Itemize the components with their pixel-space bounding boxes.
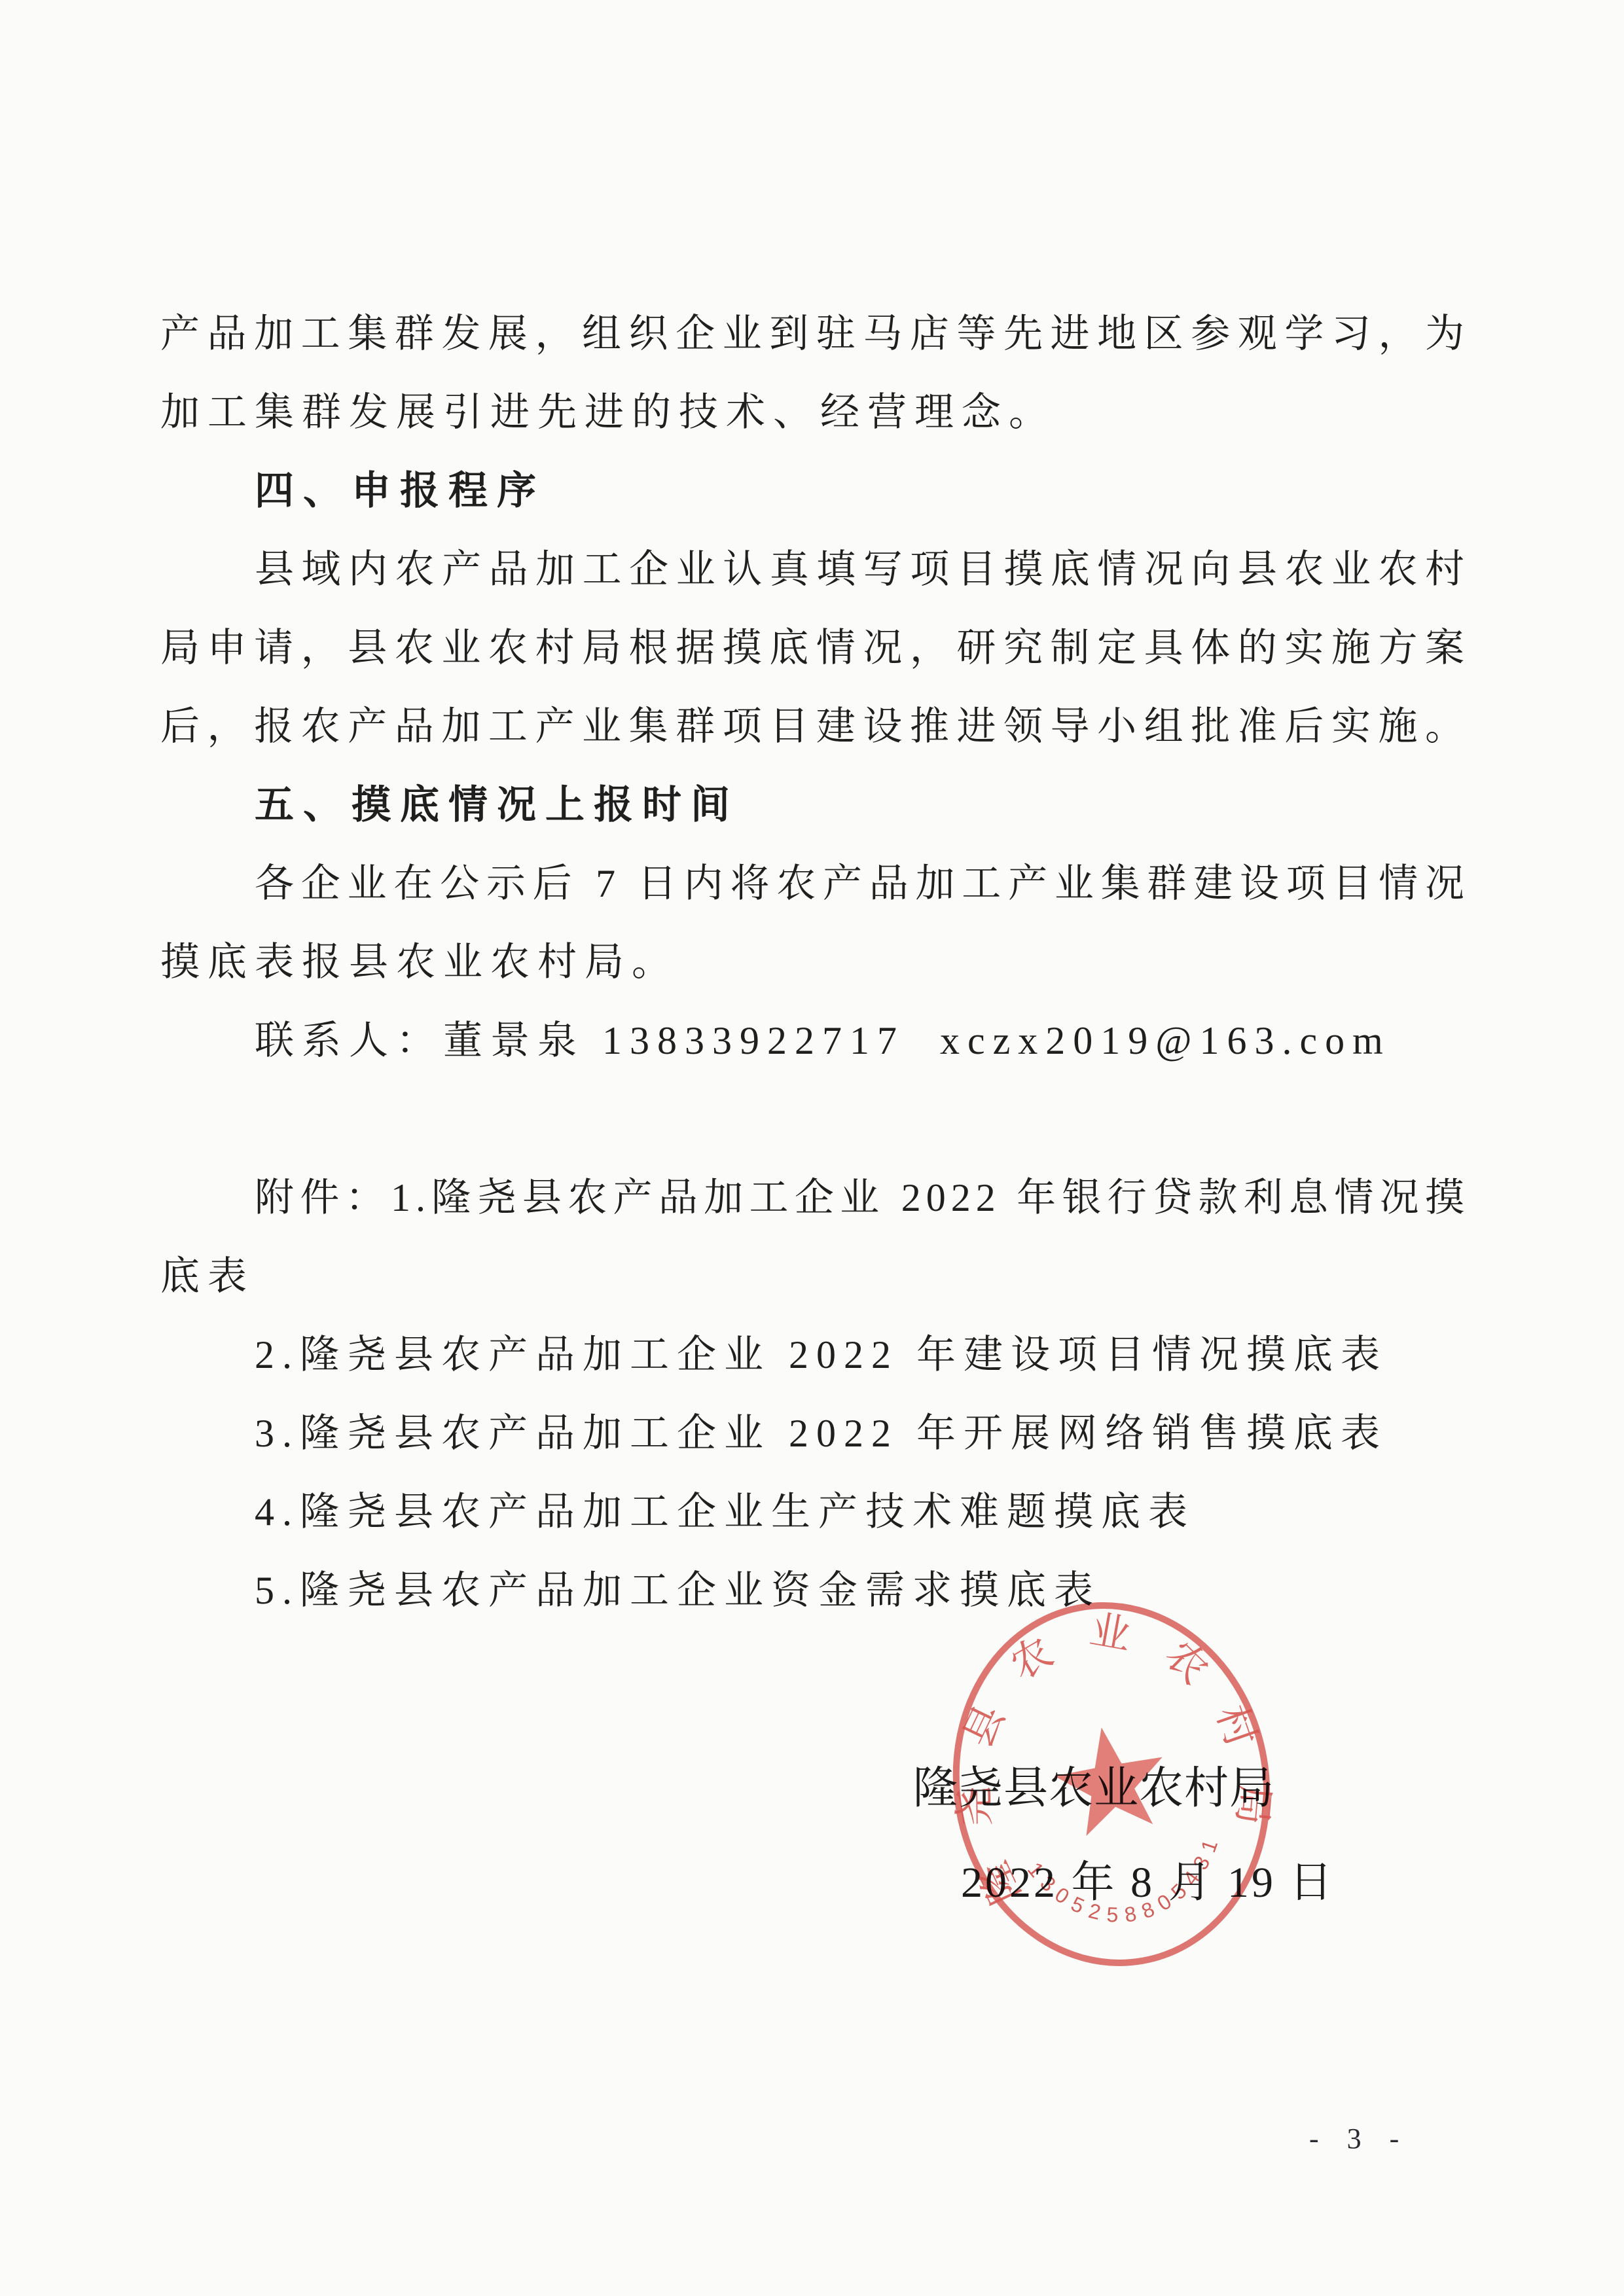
document-line xyxy=(160,1080,1470,1158)
document-line: 4.隆尧县农产品加工企业生产技术难题摸底表 xyxy=(160,1473,1470,1551)
document-line: 各企业在公示后 7 日内将农产品加工产业集群建设项目情况 xyxy=(160,844,1470,923)
document-line: 县域内农产品加工企业认真填写项目摸底情况向县农业农村 xyxy=(160,530,1470,609)
signature-date: 2022 年 8 月 19 日 xyxy=(961,1847,1335,1909)
document-body: 产品加工集群发展，组织企业到驻马店等先进地区参观学习，为加工集群发展引进先进的技… xyxy=(160,295,1470,1630)
document-line: 底表 xyxy=(160,1237,1470,1316)
section-heading: 四、申报程序 xyxy=(160,452,1470,530)
document-line: 5.隆尧县农产品加工企业资金需求摸底表 xyxy=(160,1551,1470,1630)
document-line: 2.隆尧县农产品加工企业 2022 年建设项目情况摸底表 xyxy=(160,1316,1470,1394)
page-number: - 3 - xyxy=(1309,2122,1409,2155)
signature-agency: 隆尧县农业农村局 xyxy=(913,1753,1274,1816)
document-line: 产品加工集群发展，组织企业到驻马店等先进地区参观学习，为 xyxy=(160,295,1470,373)
document-line: 摸底表报县农业农村局。 xyxy=(160,923,1470,1001)
document-line: 加工集群发展引进先进的技术、经营理念。 xyxy=(160,373,1470,452)
document-line: 联系人：董景泉 13833922717 xczx2019@163.com xyxy=(160,1001,1470,1080)
document-line: 3.隆尧县农产品加工企业 2022 年开展网络销售摸底表 xyxy=(160,1394,1470,1473)
document-line: 局申请，县农业农村局根据摸底情况，研究制定具体的实施方案 xyxy=(160,609,1470,687)
document-line: 后，报农产品加工产业集群项目建设推进领导小组批准后实施。 xyxy=(160,687,1470,766)
section-heading: 五、摸底情况上报时间 xyxy=(160,766,1470,844)
document-line: 附件：1.隆尧县农产品加工企业 2022 年银行贷款利息情况摸 xyxy=(160,1158,1470,1237)
